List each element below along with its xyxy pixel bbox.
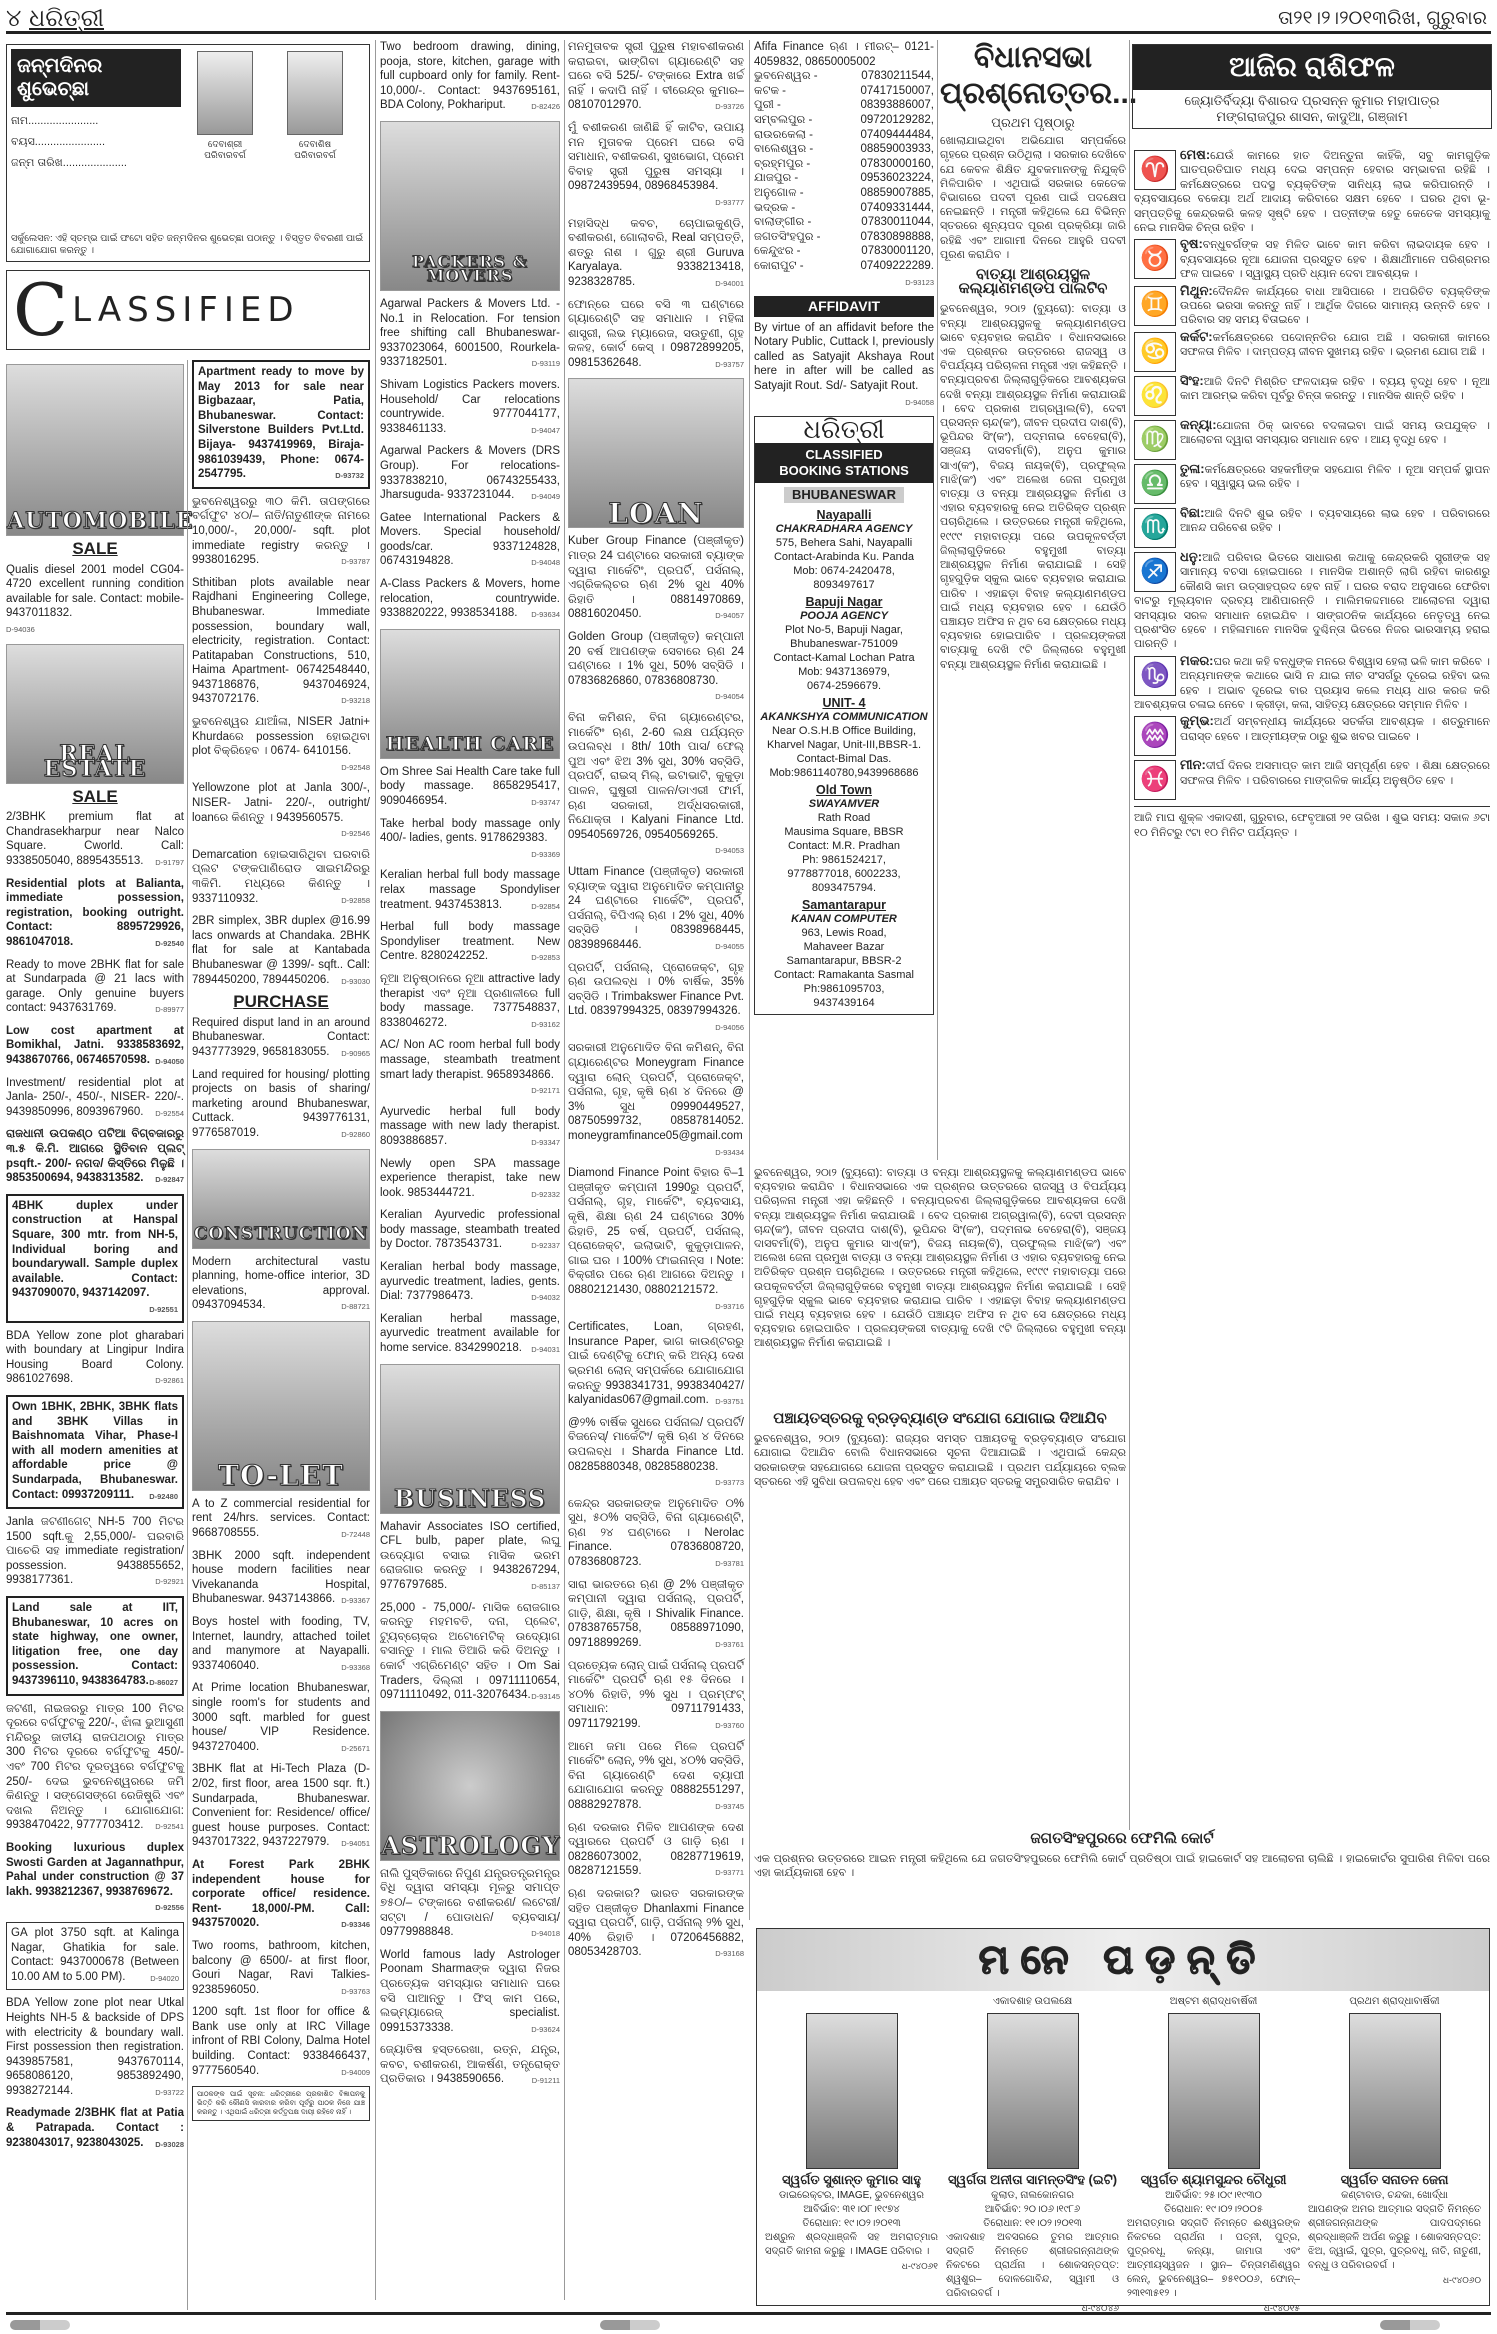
ad-code: D-92854 [531,900,560,915]
classified-ad: BDA Yellow zone plot near Utkal Heights … [6,1996,184,2100]
sign-name: ମିଥୁନ: [1180,283,1213,298]
ad-text: Sthitiban plots available near Rajdhani … [192,577,370,706]
station-detail: 575, Behera Sahi, Nayapalli [755,536,933,550]
station-detail: Contact-Arabinda Ku. Panda [755,550,933,564]
booking-city: BHUBANESWAR [784,487,904,503]
classified-ad: Herbal full body massage Spondyliser tre… [380,920,560,966]
branch-phone: 08859003933, [860,142,934,157]
horoscope-sign: ♈ମେଷ:ଯେଉଁ କାମରେ ହାତ ଦିଅନ୍ତୁନା କାହିଁକି, ସ… [1134,148,1490,235]
classified-ad: Two rooms, bathroom, kitchen, balcony @ … [192,1939,370,1999]
news-headline-6: ଜଗତସିଂହପୁରରେ ଫେମିଲି କୋର୍ଟ [754,1832,1490,1846]
station-detail: 8093475794. [755,881,933,895]
obituary-occasion [765,1995,938,2009]
ad-code: D-92921 [155,1575,184,1590]
station-agency: KANAN COMPUTER [755,912,933,926]
classified-ad: ଜଟଣୀ, ନାଇଜରରୁ ମାତ୍ର 100 ମିଟର ଦୂରରେ ବର୍ଗଫ… [6,1702,184,1835]
birthday-photo-1 [197,51,253,135]
news-body-4: ଏକ ପ୍ରଶ୍ନର ଉତ୍ତରରେ ଆଇନ ମନ୍ତ୍ରୀ କହିଥିଲେ ଯ… [754,1852,1490,1880]
column-finance-booking: Afifa Finance ଋଣ । ମୀରଟ୍– 0121-4059832, … [754,40,934,1015]
ad-code: D-93787 [341,555,370,570]
horoscope-sign: ♒କୁମ୍ଭ:ଅର୍ଥ ସମ୍ବନ୍ଧୀୟ କାର୍ଯ୍ୟରେ ସତର୍କତା … [1134,714,1490,756]
sign-name: କନ୍ୟା: [1180,417,1217,432]
ad-code: D-93726 [715,100,744,115]
birthday-wishes-box: ଜନ୍ମଦିନର ଶୁଭେଚ୍ଛା ନାମ...................… [6,44,370,262]
station-area: UNIT- 4 [755,696,933,710]
zodiac-sign-icon: ♉ [1134,239,1176,279]
branch-city: ଭଦ୍ରକ - [754,201,795,216]
classified-ad: ଋଣ ଦରକାର ମିଳିବ ଆପଣଙ୍କ ଦେଶ ଦ୍ୱାରରେ ପ୍ରପର୍… [568,1821,744,1881]
ad-code: D-91797 [155,856,184,871]
classified-ad: ଭୁବନେଶ୍ୱର ଯାଆଁଳା, NISER Jatni+ Khurdaରେ … [192,715,370,775]
classified-ad: ଭୁବନେଶ୍ୱରରୁ ୩୦ କିମି. ତାପଙ୍ଗରେ ବର୍ଗଫୁଟ ୪୦… [192,495,370,570]
horoscope-sign: ♍କନ୍ୟା:ଯୋଜନା ଠିକ୍ ଭାବରେ ବଦଳାଇବା ପାଇଁ ସମୟ… [1134,418,1490,460]
ad-code: D-94009 [341,2066,370,2081]
footer-tab-marker [600,2320,660,2330]
ad-text: World famous lady Astrologer Poonam Shar… [380,1949,560,2034]
ad-code: D-94049 [531,490,560,505]
station-detail: Samantarapur, BBSR-2 [755,954,933,968]
sign-prediction: ଦୈନନ୍ଦିନ କାର୍ଯ୍ୟରେ ବାଧା ଆସିପାରେ । ଅପରିଚି… [1180,286,1490,327]
packers-movers-label: PACKERS & MOVERS [381,255,559,284]
dharitri-logo: ଧରିତ୍ରୀ [755,417,933,443]
packers-movers-image: PACKERS & MOVERS [380,121,560,291]
finance-branch-line: ସମ୍ବଲପୁର -09720129282, [754,113,934,128]
ad-code: D-91211 [532,2074,560,2089]
sign-name: ମେଷ: [1180,147,1210,162]
sale-heading-2: SALE [6,790,184,805]
ad-text: Kuber Group Finance (ପଞ୍ଜୀକୃତ) ମାତ୍ର 24 … [568,535,744,620]
ad-code: D-93745 [715,1800,744,1815]
ad-code: D-93760 [715,1719,744,1734]
news-body-1: ଖୋଲାଯାଇଥିବା ଅଭିଯୋଗ ସମ୍ପର୍କରେ ଗୃହରେ ପ୍ରଶ୍… [940,134,1126,262]
ad-code: D-92540 [155,937,184,952]
ad-code: D-93722 [155,2086,184,2101]
purchase-ads-list: Required disput land in an around Bhuban… [192,1016,370,1143]
classified-ad: Newly open SPA massage experience therap… [380,1157,560,1203]
ad-code: D-93732 [335,469,364,484]
branch-city: କୋରାପୁଟ - [754,259,804,274]
classified-ad: Keralian herbal massage, ayurvedic treat… [380,1312,560,1358]
station-detail: Mahaveer Bazar [755,940,933,954]
station-detail: Contact: Ramakanta Sasmal [755,968,933,982]
classified-ad: ମୁଁ ବଶୀକରଣ ଜାଣିଛି ହିଁ କାଟିବ, ଉପାୟ ମନ ମୁତ… [568,121,744,211]
real-estate-ads-list: 2/3BHK premium flat at Chandrasekharpur … [6,810,184,2152]
ad-code: D-93751 [715,1395,744,1410]
obituary-message: ଏକାଦଶାହ ଅବସରରେ ତୁମର ଆତ୍ମାର ସଦ୍‌ଗତି ନିମନ୍… [946,2231,1119,2301]
station-area: Old Town [755,783,933,797]
classified-ad: Readymade 2/3BHK flat at Patia & Patrapa… [6,2106,184,2152]
reader-disclaimer: ପାଠକଙ୍କ ପାଇଁ ସୂଚନା: ଧରିତ୍ରୀରେ ପ୍ରକାଶିତ ବ… [192,2086,370,2121]
health-ads-list: Om Shree Sai Health Care take full body … [380,765,560,1358]
astrologer-credit: ଜ୍ୟୋତିର୍ବିଦ୍ୟା ବିଶାରଦ ପ୍ରସନ୍ନ କୁମାର ମହାପ… [1133,90,1491,128]
death-date: ତିରୋଧାନ: ୧୧।୦୨।୨୦୧୩ [946,2217,1119,2231]
deceased-place: କଣ୍ଟାବାଡ, ଚନ୍ଦକା, ଖୋର୍ଦ୍ଧା [1308,2189,1481,2203]
ad-text: ସରକାରୀ ଅନୁମୋଦିତ ବିନା କମିଶନ୍, ବିନା ଗ୍ୟାରେ… [568,1042,744,1142]
branch-phone: 09720129282, [860,113,934,128]
branch-phone: 07830011044, [861,215,934,230]
construction-label: CONSTRUCTION [193,1227,369,1242]
branch-city: ବାଲାଙ୍ଗୀର - [754,215,811,230]
branch-phone: 07830898888, [860,230,934,245]
branch-city: ବ୍ରହ୍ମପୁର - [754,157,810,172]
zodiac-sign-icon: ♋ [1134,332,1176,372]
classified-ad: ମନମୁତାବକ ସ୍ତ୍ରୀ ପୁରୁଷ ମହାବଶୀକରଣ କରାଇବା, … [568,40,744,115]
news-body-3: ଭୁବନେଶ୍ୱର, ୨୦ା୨ (ବ୍ୟୁରୋ): ରାଜ୍ୟର ସମସ୍ତ ପ… [754,1432,1126,1722]
classified-ad: 4BHK duplex under construction at Hanspa… [6,1194,184,1323]
ad-text: ପ୍ରପର୍ଟି, ପର୍ସନାଲ୍, ପ୍ରୋଜେକ୍ଟ, ଗୃହ ଋଣ ଉପ… [568,962,744,1018]
branch-phone: 07409331444, [860,201,934,216]
branch-city: କଟକ - [754,84,786,99]
obituary-message: ଅମରାତ୍ମାର ସଦ୍‌ଗତି ନିମନ୍ତେ ଈଶ୍ୱରଙ୍କ ନିକଟର… [1127,2217,1300,2301]
ad-code: D-82426 [531,100,560,115]
obituary-section: ମନେ ପଡ଼ନ୍ତି ସ୍ୱର୍ଗତ ସୁଶାନ୍ତ କୁମାର ସାହୁଡା… [756,1928,1490,2306]
ad-text: 4BHK duplex under construction at Hanspa… [12,1200,178,1300]
real-estate-image: REAL ESTATE [6,644,184,784]
classified-ad: Investment/ residential plot at Janla- 2… [6,1076,184,1122]
horoscope-sign: ♑ମକର:ଘର କଥା କହି ବନ୍ଧୁଙ୍କ ମନରେ ବିଶ୍ୱାସ ହେ… [1134,654,1490,713]
classified-ad: Agarwal Packers & Movers (DRS Group). Fo… [380,444,560,504]
branch-city: ଜଗତସିଂହପୁର - [754,230,820,245]
classified-ad: ଫୋନ୍‌ରେ ଘରେ ବସି ୩ ଘଣ୍ଟାରେ ଗ୍ୟାରେଣ୍ଟି ସହ … [568,298,744,373]
branch-city: ବାଲେଶ୍ୱର - [754,142,813,157]
birth-date: ଆବିର୍ଭାବ: ୩୧।୦୮।୧୯୭୪ [765,2203,938,2217]
classified-ad: Certificates, Loan, ଗ୍ରହଣ, Insurance Pap… [568,1320,744,1410]
booking-station: UNIT- 4AKANKSHYA COMMUNICATIONNear O.S.H… [755,696,933,780]
finance-branch-line: କେନ୍ଦୁଝର -07830001120, [754,244,934,259]
ad-code: D-93145 [531,1690,560,1705]
classified-ad: Residential plots at Balianta, immediate… [6,877,184,952]
classified-ad: Keralian Ayurvedic professional body mas… [380,1208,560,1254]
ad-code: D-93747 [531,796,560,811]
obituary-card: ଏକାଦଶାହ ଉପଲକ୍ଷେସ୍ୱର୍ଗତା ଅନୀତା ସାମନ୍ତସିଂହ… [942,1995,1123,2315]
ad-text: ଭୁବନେଶ୍ୱର ଯାଆଁଳା, NISER Jatni+ Khurdaରେ … [192,716,370,757]
station-detail: Contact: M.R. Pradhan [755,839,933,853]
classified-ad: Land required for housing/ plotting proj… [192,1068,370,1143]
classified-ad: At Prime location Bhubaneswar, single ro… [192,1681,370,1756]
classified-ad: ଋଣ ଦରକାର? ଭାରତ ସରକାରଙ୍କ ସହିତ ପଞ୍ଜୀକୃତ Dh… [568,1887,744,1962]
sign-name: ବିଛା: [1180,505,1204,520]
station-detail: 8093497617 [755,578,933,592]
branch-city: ସମ୍ବଲପୁର - [754,113,812,128]
finance-branch-line: ରାଉରକେଲା -07409444484, [754,128,934,143]
ad-code: D-93168 [715,1947,744,1962]
ad-code: D-92551 [149,1303,178,1318]
astrology-ads-list: ନାଲି ପୁସ୍ତିକାରେ ନିପୁଣ ଯନ୍ତ୍ରତନ୍ତ୍ରମନ୍ତ୍ର… [380,1867,560,2089]
obituary-banner: ମନେ ପଡ଼ନ୍ତି [757,1929,1489,1991]
classified-ad: Ayurvedic herbal full body massage with … [380,1105,560,1151]
zodiac-sign-icon: ♍ [1134,420,1176,460]
finance-branch-line: ବାଲାଙ୍ଗୀର -07830011044, [754,215,934,230]
finance-branch-line: ଭଦ୍ରକ -07409331444, [754,201,934,216]
branch-phone: 07409222289. [860,259,934,274]
station-area: Samantarapur [755,898,933,912]
real-estate-label: REAL ESTATE [7,747,183,776]
obituary-code: ଧ-୯୪୦୬୧ [765,2259,938,2273]
sign-name: ବୃଷ: [1180,236,1203,251]
ad-code: D-94056 [715,1021,744,1036]
sign-prediction: ଅର୍ଥ ସମ୍ବନ୍ଧୀୟ କାର୍ଯ୍ୟରେ ସତର୍କତା ଆବଶ୍ୟକ … [1180,716,1490,742]
footer-tab-marker [10,2320,70,2330]
to-let-ads-list: A to Z commercial residential for rent 2… [192,1497,370,2080]
station-agency: CHAKRADHARA AGENCY [755,522,933,536]
ad-code: D-94020 [150,1972,179,1987]
ad-code: D-93624 [531,2023,560,2038]
deceased-place: ଡାଇରେକ୍ଟର, IMAGE, ଭୁବନେଶ୍ୱର [765,2189,938,2203]
obituary-card: ପ୍ରଥମ ଶ୍ରାଦ୍ଧାବାର୍ଷିକୀସ୍ୱର୍ଗତ ସନାତନ ଜେନା… [1304,1995,1485,2315]
ad-code: D-93771 [715,1866,744,1881]
station-agency: SWAYAMVER [755,797,933,811]
station-detail: 9437439164 [755,996,933,1010]
ad-code: D-93634 [531,608,560,623]
ad-text: ବିନା କମିଶନ, ବିନା ଗ୍ୟାରେଣ୍ଟର, ମାର୍କେଟିଂ ଋ… [568,712,744,841]
death-date: ତିରୋଧାନ: ୧୯।୦୨।୨୦୦୫ [1127,2203,1300,2217]
horoscope-footer-note: ଆଜି ମାଘ ଶୁକ୍ଳ ଏକାଦଶୀ, ଗୁରୁବାର, ଫେବୃଆରୀ ୨… [1134,806,1490,840]
to-let-image: TO-LET [192,1321,370,1491]
obituary-message: ଆପଣଙ୍କ ଅମର ଆତ୍ମାର ସଦ୍‌ଗତି ନିମନ୍ତେ ଶ୍ରୀଜଗ… [1308,2203,1481,2273]
classified-ad: Required disput land in an around Bhuban… [192,1016,370,1062]
ad-code: D-94047 [531,424,560,439]
classified-ad: Uttam Finance (ପଞ୍ଜୀକୃତ) ସରକାରୀ ବ୍ୟାଙ୍କ … [568,865,744,955]
classified-ad: Agarwal Packers & Movers Ltd. - No.1 in … [380,297,560,372]
ad-code: D-92541 [155,1820,184,1835]
branch-city: ଅନୁଗୋଳ - [754,186,804,201]
classified-ad: BDA Yellow zone plot gharabari with boun… [6,1329,184,1389]
booking-station: SamantarapurKANAN COMPUTER963, Lewis Roa… [755,898,933,1010]
column-property-tolet: Apartment ready to move by May 2013 for … [192,360,370,2127]
health-care-image: HEALTH CARE [380,629,560,759]
classified-ad: ସାରା ଭାରତରେ ଋଣ @ 2% ପଞ୍ଜୀକୃତ କମ୍ପାନୀ ଦ୍ୱ… [568,1578,744,1653]
branch-city: କେନ୍ଦୁଝର - [754,244,800,259]
classified-ad: Yellowzone plot at Janla 300/-, NISER- J… [192,781,370,841]
loan-label: LOAN [569,507,743,522]
automobile-image: AUTOMOBILE [6,364,184,536]
ad-code: D-93369 [531,848,560,863]
classified-ad: Keralian herbal full body massage relax … [380,868,560,914]
sign-name: ଧନୁ: [1180,549,1202,564]
column-divider [375,40,376,2300]
affidavit-notice: By virtue of an affidavit before the Not… [754,321,934,411]
obituary-occasion: ଏକାଦଶାହ ଉପଲକ୍ଷେ [946,1995,1119,2009]
rent-ads-list: Two bedroom drawing, dining, pooja, stor… [380,40,560,115]
obituary-photo [987,2013,1079,2169]
classified-ad: Golden Group (ପଞ୍ଜୀକୃତ) କମ୍ପାନୀ 20 ବର୍ଷ … [568,630,744,705]
column-services: Two bedroom drawing, dining, pooja, stor… [380,40,560,2095]
ad-code: D-93218 [341,694,370,709]
classified-ad: A to Z commercial residential for rent 2… [192,1497,370,1543]
ad-code: D-93773 [715,1476,744,1491]
news-body-2-top: ଭୁବନେଶ୍ୱର, ୨୦ା୨ (ବ୍ୟୁରୋ): ବାତ୍ୟା ଓ ବନ୍ୟା… [940,302,1126,722]
finance-branch-line: ଜଗତସିଂହପୁର -07830898888, [754,230,934,245]
classified-ad: Own 1BHK, 2BHK, 3BHK flats and 3BHK Vill… [6,1395,184,1509]
branch-phone: 07830001120, [861,244,934,259]
masthead: ୪ ଧରିତ୍ରୀ ତା୨୧।୨।୨୦୧୩ରିଖ, ଗୁରୁବାର [6,4,1491,34]
ad-code: D-94051 [341,1837,370,1852]
packers-ads-list: Agarwal Packers & Movers Ltd. - No.1 in … [380,297,560,623]
ad-code: D-93162 [531,1018,560,1033]
classified-ad: Kuber Group Finance (ପଞ୍ଜୀକୃତ) ମାତ୍ର 24 … [568,534,744,624]
sign-prediction: କର୍ମକ୍ଷେତ୍ରରେ ପଦୋନ୍ନତିର ଯୋଗ ଅଛି । ସରକାରୀ… [1180,332,1490,358]
ad-code: D-93761 [715,1638,744,1653]
birthday-photo-2 [287,51,343,135]
ad-code: D-93119 [532,357,560,372]
station-detail: Contact-Kamal Lochan Patra [755,651,933,665]
ad-code: D-94050 [155,1055,184,1070]
construction-image: CONSTRUCTION [192,1149,370,1249]
sign-prediction: ଦୀର୍ଘ ଦିନର ଅସମାପ୍ତ କାମ ଆଜି ସମ୍ପୂର୍ଣ୍ଣ ହେ… [1180,760,1490,786]
ad-text: Booking luxurious duplex Swosti Garden a… [6,1842,184,1898]
zodiac-sign-icon: ♐ [1134,552,1176,592]
dob-field-label: ଜନ୍ମ ତାରିଖ..................... [11,157,181,170]
obituary-occasion: ଅଷ୍ଟମ ଶ୍ରାଦ୍ଧବାର୍ଷିକୀ [1127,1995,1300,2009]
ad-code: D-93757 [715,358,744,373]
sign-prediction: ଯୋଜନା ଠିକ୍ ଭାବରେ ବଦଳାଇବା ପାଇଁ ସମୟ ଉପଯୁକ୍… [1180,420,1490,446]
station-detail: Contact-Bimal Das. [755,752,933,766]
ad-code: D-94031 [531,1343,560,1358]
horoscope-sign: ♓ମୀନ:ଦୀର୍ଘ ଦିନର ଅସମାପ୍ତ କାମ ଆଜି ସମ୍ପୂର୍ଣ… [1134,758,1490,800]
classified-ad: 3BHK 2000 sqft. independent house modern… [192,1549,370,1609]
classified-ad: Keralian herbal body massage, ayurvedic … [380,1260,560,1306]
sign-name: ମକର: [1180,653,1214,668]
sign-prediction: ଯେଉଁ କାମରେ ହାତ ଦିଅନ୍ତୁନା କାହିଁକି, ସବୁ କା… [1134,150,1490,234]
station-detail: Mausima Square, BBSR [755,825,933,839]
classified-ad: World famous lady Astrologer Poonam Shar… [380,1948,560,2038]
branch-phone: 07830000160, [860,157,934,172]
birth-date: ଆବିର୍ଭାବ: ୨୫।୦୯।୧୯୩୦ [1127,2189,1300,2203]
ad-text: BDA Yellow zone plot near Utkal Heights … [6,1997,184,2097]
ad-code: D-94057 [715,609,744,624]
loan-ads-list: Kuber Group Finance (ପଞ୍ଜୀକୃତ) ମାତ୍ର 24 … [568,534,744,1961]
sign-name: କର୍କଟ: [1180,329,1213,344]
classified-ad: Om Shree Sai Health Care take full body … [380,765,560,811]
column-automobile-realestate: AUTOMOBILE SALE Qualis diesel 2001 model… [6,360,184,2158]
booking-station: Old TownSWAYAMVERRath RoadMausima Square… [755,783,933,895]
news-headline-2: ପ୍ରଶ୍ନୋତ୍ତର... [940,76,1126,112]
news-headline-3: ବାତ୍ୟା ଆଶ୍ରୟସ୍ଥଳକଲ୍ୟାଣମଣ୍ଡପ ପାଲଟିବ [940,268,1126,296]
assembly-news-column: ବିଧାନସଭା ପ୍ରଶ୍ନୋତ୍ତର... ପ୍ରଥମ ପୃଷ୍ଠାରୁ ଖ… [940,40,1126,722]
classified-ad: ନାଲି ପୁସ୍ତିକାରେ ନିପୁଣ ଯନ୍ତ୍ରତନ୍ତ୍ରମନ୍ତ୍ର… [380,1867,560,1942]
ad-code: D-94018 [531,1927,560,1942]
name-field-label: ନାମ....................... [11,115,181,128]
classified-ad: 3BHK flat at Hi-Tech Plaza (D-2/02, firs… [192,1762,370,1852]
health-care-label: HEALTH CARE [381,737,559,752]
classified-word: LASSIFIED [72,290,299,330]
page-number: ୪ [6,4,21,32]
news-headline-5: ପଞ୍ଚାୟତସ୍ତରକୁ ବ୍ରଡ଼ବ୍ୟାଣ୍ଡ ସଂଯୋଗ ଯୋଗାଇ ଦ… [754,1412,1126,1426]
finance-branch-line: ଭୁବନେଶ୍ୱର -07830211544, [754,69,934,84]
classified-ad: At Forest Park 2BHK independent house fo… [192,1858,370,1933]
ad-code: D-92858 [341,894,370,909]
station-agency: AKANKSHYA COMMUNICATION [755,710,933,724]
ad-code: D-93368 [341,1661,370,1676]
station-area: Nayapalli [755,508,933,522]
business-ads-list: Mahavir Associates ISO certified, CFL bu… [380,1520,560,1705]
vashikaran-ads-list: ମନମୁତାବକ ସ୍ତ୍ରୀ ପୁରୁଷ ମହାବଶୀକରଣ କରାଇବା, … [568,40,744,372]
property-ads-list: Apartment ready to move by May 2013 for … [192,360,370,989]
horoscope-sign: ♐ଧନୁ:ଆଜି ପରିବାର ଭିତରେ ସାଧାରଣ କଥାକୁ କେନ୍ଦ… [1134,550,1490,652]
page-number-and-title: ୪ ଧରିତ୍ରୀ [6,4,104,32]
branch-city: ପୁରୀ - [754,98,781,113]
finance-branch-line: ପୁରୀ -08393886007, [754,98,934,113]
ad-code: D-94055 [715,940,744,955]
page-footer-rule [6,2312,1491,2315]
photo-caption-1: ଦେବାଶ୍ରୀ ପରିବାରବର୍ଗ [195,139,255,161]
classified-ad: Boys hostel with fooding, TV, Internet, … [192,1615,370,1675]
news-body-2: ଭୁବନେଶ୍ୱର, ୨୦ା୨ (ବ୍ୟୁରୋ): ବାତ୍ୟା ଓ ବନ୍ୟା… [754,1166,1126,1406]
ad-code: D-90965 [341,1047,370,1062]
death-date: ତିରୋଧାନ: ୧୯।୦୨।୨୦୧୩ [765,2217,938,2231]
sign-prediction: ଆଜି ଦିନଟି ମିଶ୍ରିତ ଫଳଦାୟକ ରହିବ । ବ୍ୟୟ ବୃଦ… [1180,376,1490,402]
sign-prediction: ଆଜି ଦିନଟି ଶୁଭ ରହିବ । ବ୍ୟବସାୟରେ ଲାଭ ହେବ ।… [1180,508,1490,534]
news-headline-1: ବିଧାନସଭା [940,40,1126,76]
ad-code: D-92171 [531,1084,560,1099]
classified-ad: @୨% ବାର୍ଷିକ ସୁଧରେ ପର୍ସନାଲ/ ପ୍ରପର୍ଟି/ ବିଜ… [568,1416,744,1491]
business-image: BUSINESS [380,1364,560,1514]
ad-code: D-93028 [155,2138,184,2153]
classified-ad: Take herbal body massage only 400/- ladi… [380,817,560,863]
issue-date: ତା୨୧।୨।୨୦୧୩ରିଖ, ଗୁରୁବାର [1278,8,1487,30]
station-detail: Mob:9861140780,9439968686 [755,766,933,780]
obituary-card: ଅଷ୍ଟମ ଶ୍ରାଦ୍ଧବାର୍ଷିକୀସ୍ୱର୍ଗତ ଶ୍ୟାମସୁନ୍ଦର… [1123,1995,1304,2315]
afifa-finance-ad: Afifa Finance ଋଣ । ମୀରଟ୍– 0121-4059832, … [754,40,934,290]
ad-code: D-92556 [155,1901,184,1916]
obituary-photo [806,2013,898,2169]
ad-code: D-92847 [155,1173,184,1188]
branch-city: ଯାଜପୁର - [754,171,798,186]
paper-name: ଧରିତ୍ରୀ [29,4,104,32]
obituary-code: ଧ-୯୪୦୬୦ [1308,2273,1481,2287]
classified-initial: C [13,275,68,345]
branch-city: ଭୁବନେଶ୍ୱର - [754,69,818,84]
ad-text: 3BHK flat at Hi-Tech Plaza (D-2/02, firs… [192,1763,370,1848]
ad-code: D-88721 [341,1300,370,1315]
ad-text: ମୁଁ ବଶୀକରଣ ଜାଣିଛି ହିଁ କାଟିବ, ଉପାୟ ମନ ମୁତ… [568,122,744,192]
station-detail: 0674-2596679. [755,679,933,693]
ad-code: D-72448 [341,1528,370,1543]
obituary-photo [1168,2013,1260,2169]
ad-text: Take herbal body massage only 400/- ladi… [380,818,560,845]
news-subhead: ପ୍ରଥମ ପୃଷ୍ଠାରୁ [940,116,1126,130]
ad-code: D-93777 [715,196,744,211]
astrology-label: ASTROLOGY [381,1839,559,1854]
classified-ad: Diamond Finance Point ବିହାର ବି–1 ପଞ୍ଜୀକୃ… [568,1166,744,1314]
ad-code: D-93030 [341,975,370,990]
to-let-label: TO-LET [193,1469,369,1484]
branch-city: ରାଉରକେଲା - [754,128,813,143]
classified-ad: AC/ Non AC room herbal full body massage… [380,1038,560,1098]
obituary-card: ସ୍ୱର୍ଗତ ସୁଶାନ୍ତ କୁମାର ସାହୁଡାଇରେକ୍ଟର, IMA… [761,1995,942,2315]
ad-code: D-93716 [715,1300,744,1315]
ad-code: D-94054 [715,690,744,705]
ad-text: Land sale at IIT, Bhubaneswar, 10 acres … [12,1602,178,1687]
column-divider [749,40,750,1920]
ad-code: D-85137 [531,1580,560,1595]
news-wide-section: ଭୁବନେଶ୍ୱର, ୨୦ା୨ (ବ୍ୟୁରୋ): ବାତ୍ୟା ଓ ବନ୍ୟା… [754,1166,1126,1722]
zodiac-sign-icon: ♈ [1134,150,1176,190]
horoscope-header: ଆଜିର ରାଶିଫଳ ଜ୍ୟୋତିର୍ବିଦ୍ୟା ବିଶାରଦ ପ୍ରସନ୍… [1132,44,1492,129]
booking-stations-box: ଧରିତ୍ରୀ CLASSIFIEDBOOKING STATIONS BHUBA… [754,416,934,1015]
booking-station: NayapalliCHAKRADHARA AGENCY575, Behera S… [755,508,933,592]
station-detail: Ph:9861095703, [755,982,933,996]
ad-code: D-94048 [531,556,560,571]
classified-ad: 1200 sqft. 1st floor for office & Bank u… [192,2005,370,2080]
branch-phone: 07417150007, [860,84,934,99]
ad-code: D-92332 [531,1188,560,1203]
ad-code: D-93347 [531,1136,560,1151]
classified-ad: 2/3BHK premium flat at Chandrasekharpur … [6,810,184,870]
zodiac-sign-icon: ♎ [1134,464,1176,504]
station-detail: Mob: 0674-2420478, [755,564,933,578]
business-label: BUSINESS [381,1492,559,1507]
